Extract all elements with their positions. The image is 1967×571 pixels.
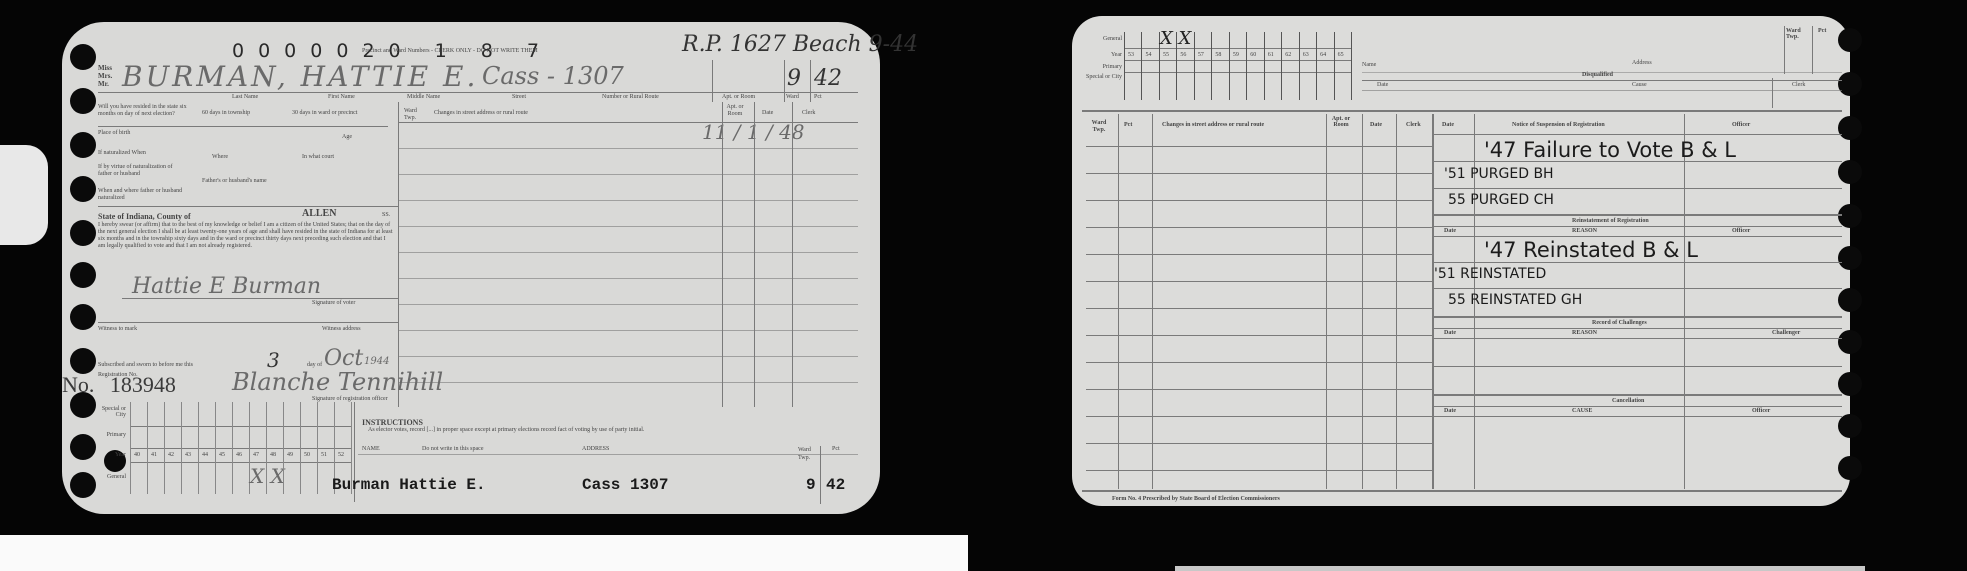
header-print: Precinct and Ward Numbers - CLERK ONLY -… — [362, 48, 538, 54]
typed-pct: 42 — [826, 476, 845, 494]
label-special-city: Special or City — [96, 406, 126, 418]
registration-number-prefix: No. — [62, 372, 94, 397]
label-days-ward: 30 days in ward or precinct — [292, 110, 362, 117]
label-cause: Cause — [1632, 82, 1647, 88]
card-tab-edge — [0, 145, 48, 245]
label-first-name: First Name — [328, 94, 355, 100]
label-ward-twp: Ward Twp. — [1786, 28, 1808, 40]
label-where: Where — [212, 154, 228, 160]
punch-hole — [1838, 246, 1862, 270]
label-apt-room: Apt. or Room — [722, 94, 755, 100]
label-last-name: Last Name — [232, 94, 258, 100]
label-days-township: 60 days in township — [202, 110, 272, 117]
punch-hole — [1838, 72, 1862, 96]
cancellation-title: Cancellation — [1612, 398, 1644, 404]
punch-hole — [70, 304, 96, 330]
instructions-title: INSTRUCTIONS — [362, 418, 423, 427]
voter-name-handwritten: BURMAN, HATTIE E. — [122, 60, 478, 93]
label-address: Address — [1632, 60, 1652, 66]
col-clerk: Clerk — [802, 110, 815, 116]
label-court: In what court — [302, 154, 334, 160]
col-changes-address: Changes in street address or rural route — [434, 110, 528, 116]
suspension-entry: 55 PURGED CH — [1448, 192, 1554, 208]
challenges-col-challenger: Challenger — [1772, 330, 1800, 336]
label-general: General — [86, 474, 126, 480]
label-father-name: Father's or husband's name — [202, 178, 267, 184]
scan-margin-right — [1175, 566, 1865, 571]
punch-hole — [1838, 414, 1862, 438]
label-witness-mark: Witness to mark — [98, 326, 137, 332]
county-name: ALLEN — [302, 208, 336, 219]
punch-hole — [70, 220, 96, 246]
punch-hole — [70, 44, 96, 70]
voter-signature: Hattie E Burman — [132, 274, 321, 299]
typed-voter-name: Burman Hattie E. — [332, 476, 486, 494]
registration-number-block: No. 183948 — [62, 372, 176, 398]
label-father-naturalization: If by virtue of naturalization of father… — [98, 164, 178, 178]
typed-ward: 9 — [806, 476, 816, 494]
challenges-col-reason: REASON — [1572, 330, 1597, 336]
front-year-row: 40 41 42 43 44 45 46 47X X 48 49 50 51 5… — [130, 402, 352, 494]
registration-card-front: 0000020 1 8 7 Precinct and Ward Numbers … — [62, 22, 880, 514]
col-ward-twp: Ward Twp. — [1086, 120, 1112, 134]
col-pct: Pct — [1124, 122, 1132, 128]
label-pct: Pct — [1818, 28, 1826, 34]
reinstatement-entry: 55 REINSTATED GH — [1448, 292, 1582, 308]
punch-hole — [70, 262, 96, 288]
label-subscribed: Subscribed and sworn to before me this — [98, 362, 193, 368]
col-apt-room: Apt. or Room — [1328, 116, 1354, 128]
punch-hole — [70, 132, 96, 158]
label-number-route: Number or Rural Route — [602, 94, 659, 100]
punch-hole — [70, 348, 96, 374]
label-disqualified: Disqualified — [1582, 72, 1613, 78]
punch-hole — [70, 176, 96, 202]
label-year: Year — [86, 452, 126, 458]
registration-card-back: General Year Primary Special or City 53 … — [1072, 16, 1850, 506]
col-apt-room: Apt. or Room — [724, 104, 746, 118]
reinstatement-entry: '51 REINSTATED — [1434, 266, 1546, 282]
street-handwritten: Cass - 1307 — [482, 62, 624, 90]
label-age: Age — [342, 134, 352, 140]
punch-hole — [1838, 330, 1862, 354]
label-pct: Pct — [814, 94, 822, 100]
oath-ss: SS. — [382, 212, 390, 218]
punch-hole — [1838, 456, 1862, 480]
col-date: Date — [1370, 122, 1382, 128]
label-naturalized: If naturalized When — [98, 150, 146, 156]
scan-margin-left — [0, 535, 968, 571]
back-year-row: 53 54 55X X 56 57 58 59 60 61 62 63 64 6… — [1124, 32, 1352, 100]
label-ward: Ward — [786, 94, 799, 100]
reinstatement-col-officer: Officer — [1732, 228, 1750, 234]
label-street: Street — [512, 94, 526, 100]
cancellation-col-date: Date — [1444, 408, 1456, 414]
label-signature-voter: Signature of voter — [312, 300, 355, 306]
suspension-entry: '47 Failure to Vote B & L — [1484, 138, 1736, 162]
instructions-text: As elector votes, record [...] in proper… — [368, 427, 828, 434]
pct-value: 42 — [814, 66, 842, 91]
punch-hole — [70, 88, 96, 114]
ward-value: 9 — [787, 66, 801, 91]
annotation-top: R.P. 1627 Beach 9-44 — [682, 32, 918, 57]
suspension-col-officer: Officer — [1732, 122, 1750, 128]
punch-hole — [1838, 116, 1862, 140]
registration-number: 183948 — [110, 372, 176, 397]
reinstatement-col-reason: REASON — [1572, 228, 1597, 234]
col-clerk: Clerk — [1406, 122, 1421, 128]
suspension-col-date: Date — [1442, 122, 1454, 128]
label-middle-name: Middle Name — [407, 94, 440, 100]
footer-label-address: ADDRESS — [582, 446, 609, 452]
salutations: MissMrs.Mr. — [98, 64, 112, 88]
reinstatement-entry: '47 Reinstated B & L — [1484, 238, 1698, 262]
col-changes-address: Changes in street address or rural route — [1162, 122, 1264, 128]
oath-text: I hereby swear (or affirm) that to the b… — [98, 222, 394, 250]
challenges-title: Record of Challenges — [1592, 320, 1647, 326]
punch-hole — [1838, 288, 1862, 312]
label-general: General — [1082, 36, 1122, 42]
reinstatement-title: Reinstatement of Registration — [1572, 218, 1649, 224]
col-date: Date — [762, 110, 773, 116]
suspension-entry: '51 PURGED BH — [1444, 166, 1554, 182]
punch-hole — [1838, 160, 1862, 184]
cancellation-col-cause: CAUSE — [1572, 408, 1592, 414]
label-when-where-father: When and where father or husband natural… — [98, 188, 188, 202]
oath-heading: State of Indiana, County of — [98, 212, 191, 221]
label-name: Name — [1362, 62, 1376, 68]
label-year: Year — [1082, 52, 1122, 58]
footer-label-do-not-write: Do not write in this space — [422, 446, 484, 452]
label-resided-state: Will you have resided in the state six m… — [98, 104, 188, 118]
label-primary: Primary — [86, 432, 126, 438]
label-primary: Primary — [1082, 64, 1122, 70]
punch-hole — [1838, 28, 1862, 52]
punch-hole — [1838, 204, 1862, 228]
reinstatement-col-date: Date — [1444, 228, 1456, 234]
form-footer: Form No. 4 Prescribed by State Board of … — [1112, 496, 1280, 502]
challenges-col-date: Date — [1444, 330, 1456, 336]
sworn-year: 1944 — [364, 356, 389, 367]
label-date: Date — [1377, 82, 1388, 88]
officer-signature: Blanche Tennihill — [232, 368, 443, 396]
footer-label-name: NAME — [362, 446, 380, 452]
punch-hole — [1838, 372, 1862, 396]
suspension-col-notice: Notice of Suspension of Registration — [1512, 122, 1605, 128]
footer-label-pct: Pct — [832, 446, 840, 452]
cancellation-col-officer: Officer — [1752, 408, 1770, 414]
label-clerk: Clerk — [1792, 82, 1805, 88]
label-witness-address: Witness address — [322, 326, 361, 332]
col-ward-twp: Ward Twp. — [404, 108, 426, 122]
typed-address: Cass 1307 — [582, 476, 668, 494]
label-special-city: Special or City — [1082, 74, 1122, 80]
label-place-of-birth: Place of birth — [98, 130, 138, 137]
